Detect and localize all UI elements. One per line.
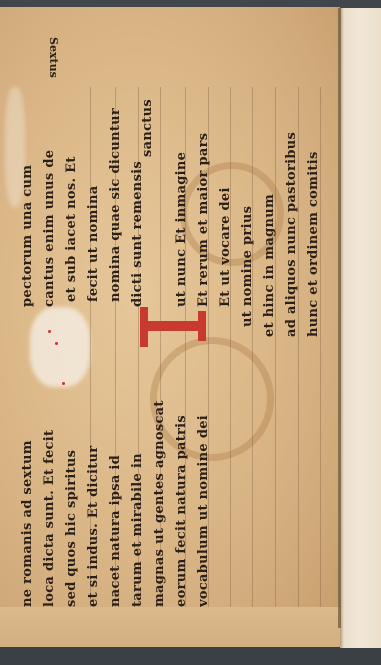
text-line: sanctus bbox=[140, 99, 155, 157]
bottom-margin bbox=[0, 607, 340, 647]
initial-crossbar bbox=[198, 311, 206, 341]
running-head: Sextus bbox=[47, 37, 60, 78]
text-line: et sub iacet nos. Et bbox=[64, 156, 79, 302]
ruling-line bbox=[275, 87, 276, 607]
text-line: pectorum una cum bbox=[20, 165, 35, 307]
text-line: et hinc in magnum bbox=[262, 194, 277, 337]
ruling-line bbox=[230, 87, 231, 607]
text-line: ut nomine prius bbox=[240, 206, 255, 327]
page-edge bbox=[338, 8, 341, 628]
rubricated-initial bbox=[140, 307, 210, 347]
text-line: magnas ut gentes agnoscat bbox=[152, 400, 167, 607]
text-line: Et ut vocare dei bbox=[218, 187, 233, 307]
text-line: vocabulum ut nomine dei bbox=[196, 415, 211, 607]
text-line: dicti sunt remensis bbox=[130, 161, 145, 307]
text-line: nacet natura ipsa id bbox=[108, 455, 123, 607]
text-line: sed quos hic spiritus bbox=[64, 450, 79, 607]
red-speck bbox=[62, 382, 65, 385]
text-line: ad aliquos nunc pastoribus bbox=[284, 132, 299, 337]
text-line: hunc et ordinem comitis bbox=[306, 151, 321, 337]
text-line: loca dicta sunt. Et fecit bbox=[42, 430, 57, 607]
water-stain-lower bbox=[150, 337, 274, 461]
ruling-line bbox=[252, 87, 253, 607]
text-line: cantus enim unus de bbox=[42, 150, 57, 307]
red-speck bbox=[48, 330, 51, 333]
initial-stem bbox=[140, 321, 206, 331]
manuscript-page: Sextus pectorum una cum cantus enim unus… bbox=[0, 7, 340, 647]
text-line: eorum fecit natura patris bbox=[174, 415, 189, 607]
red-speck bbox=[55, 342, 58, 345]
text-line: nomina quae sic dicuntur bbox=[108, 108, 123, 302]
text-line: Et rerum et maior pars bbox=[196, 133, 211, 307]
text-line: ut nunc Et inmagine bbox=[174, 152, 189, 307]
text-line: fecit ut nomina bbox=[86, 186, 101, 302]
text-line: et si indus. Et dicitur bbox=[86, 446, 101, 607]
text-line: ne romanis ad sextum bbox=[20, 440, 35, 607]
text-line: tarum et mirabile in bbox=[130, 453, 145, 607]
background-bottom bbox=[0, 648, 381, 665]
worn-area bbox=[30, 307, 90, 387]
binding-strip bbox=[340, 8, 381, 648]
